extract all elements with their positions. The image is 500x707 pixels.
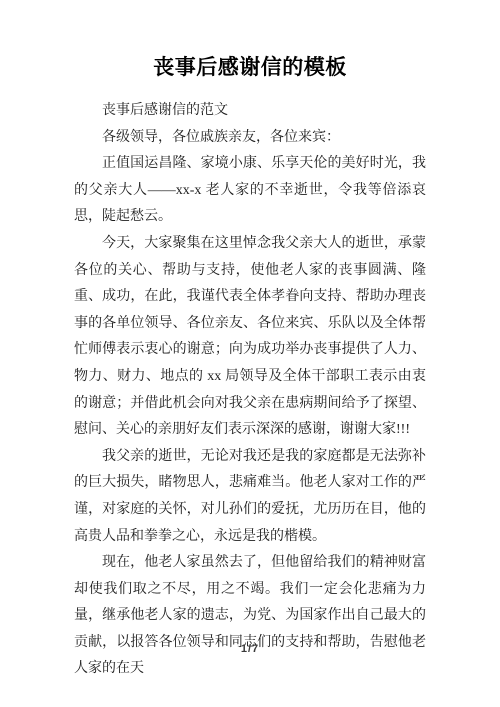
document-page: 丧事后感谢信的模板 丧事后感谢信的范文 各级领导，各位戚族亲友，各位来宾： 正值… [0,0,500,707]
paragraph-subtitle: 丧事后感谢信的范文 [74,98,426,125]
paragraph-opening: 正值国运昌隆、家境小康、乐享天伦的美好时光，我的父亲大人——xx-x 老人家的不… [74,151,426,231]
paragraph-thanks: 今天，大家聚集在这里悼念我父亲大人的逝世，承蒙各位的关心、帮助与支持，使他老人家… [74,231,426,444]
paragraph-grief: 我父亲的逝世，无论对我还是我的家庭都是无法弥补的巨大损失，睹物思人，悲痛难当。他… [74,444,426,550]
page-number-indicator: 1/7 [0,643,500,655]
document-body: 丧事后感谢信的范文 各级领导，各位戚族亲友，各位来宾： 正值国运昌隆、家境小康、… [74,98,426,683]
paragraph-salutation: 各级领导，各位戚族亲友，各位来宾： [74,125,426,152]
document-title: 丧事后感谢信的模板 [74,52,426,82]
paragraph-resolve: 现在，他老人家虽然去了，但他留给我们的精神财富却使我们取之不尽，用之不竭。我们一… [74,550,426,683]
